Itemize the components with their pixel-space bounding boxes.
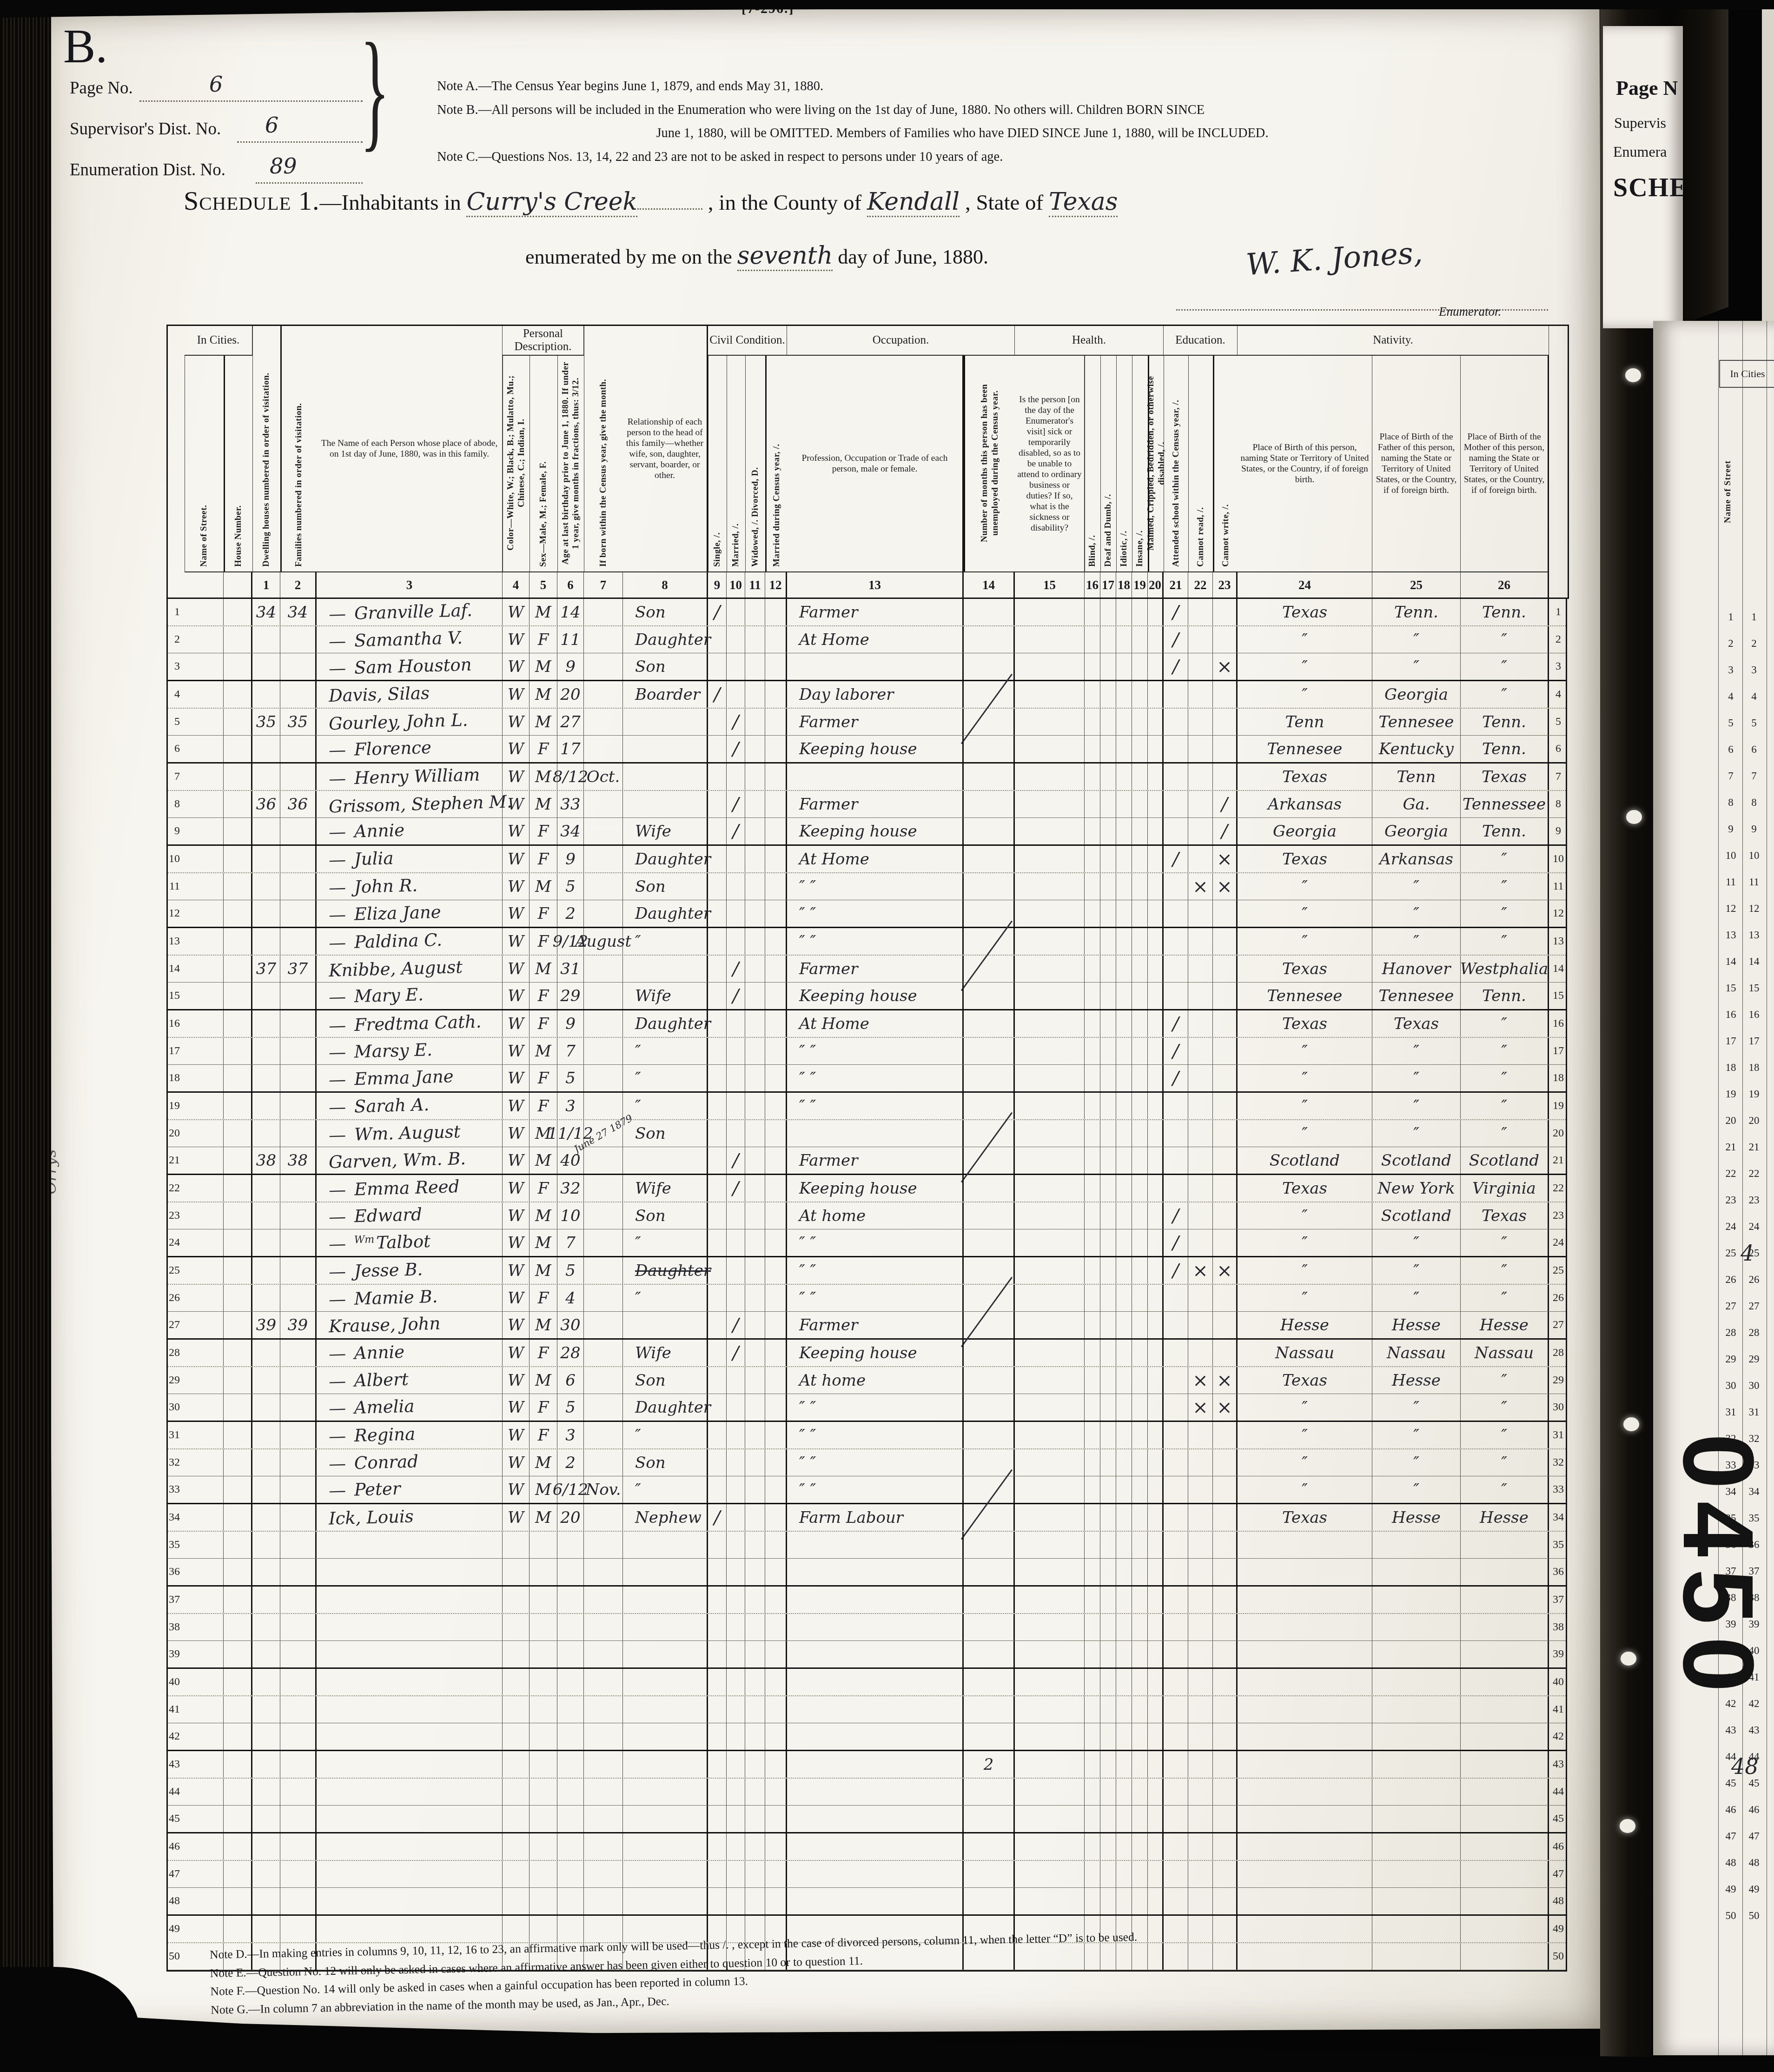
cell-rn2: 18 — [1549, 1065, 1568, 1091]
cell-occ: ″ ″ — [787, 1093, 964, 1119]
cell-e22 — [1188, 1532, 1213, 1558]
cell-h19 — [1132, 1175, 1148, 1202]
cell-s12 — [765, 928, 787, 955]
cell-rn: 22 — [168, 1175, 185, 1202]
cell-rn: 33 — [168, 1476, 185, 1503]
cell-sex: F — [530, 983, 557, 1009]
table-body: 13434—Granville Laf.WM14Son/Farmer/Texas… — [166, 599, 1567, 1972]
cell-s9 — [708, 1696, 727, 1723]
cell-d1 — [252, 1202, 280, 1229]
cell-h18 — [1116, 1806, 1132, 1832]
cell-h19 — [1132, 1723, 1148, 1750]
cell-s10 — [727, 846, 745, 872]
next-page-row: 2020 — [1653, 1107, 1774, 1134]
cell-e21 — [1164, 1422, 1188, 1448]
table-row: 22—Emma ReedWF32Wife/Keeping houseTexasN… — [168, 1175, 1566, 1202]
cell-b26 — [1461, 1861, 1549, 1887]
cell-born — [584, 1532, 623, 1558]
cell-b26: Tenn. — [1461, 736, 1549, 762]
cell-street — [185, 900, 224, 927]
cell-street — [185, 1120, 224, 1147]
cell-rel: ″ — [623, 1093, 708, 1119]
table-row: 25—Jesse B.WM5Daughter″ ″/××″″″25 — [168, 1257, 1566, 1285]
column-number-b26: 26 — [1461, 571, 1549, 598]
cell-name — [317, 1641, 503, 1667]
cell-born — [584, 1202, 623, 1229]
cell-born — [584, 653, 623, 680]
cell-born — [584, 1394, 623, 1421]
cell-s9 — [708, 791, 727, 817]
cell-h19 — [1132, 1065, 1148, 1091]
cell-d2 — [280, 1669, 317, 1695]
cell-s10: / — [727, 736, 745, 762]
cell-street — [185, 1614, 224, 1640]
cell-b24: Texas — [1238, 1367, 1372, 1394]
cell-rn2: 20 — [1549, 1120, 1568, 1147]
cell-h16 — [1085, 1751, 1100, 1778]
cell-sex: F — [530, 1394, 557, 1421]
cell-rn2: 34 — [1549, 1504, 1568, 1531]
cell-d2 — [280, 1257, 317, 1284]
enumerated-prefix: enumerated by me on the — [525, 246, 732, 268]
cell-rel — [623, 1147, 708, 1174]
cell-rel: Son — [623, 653, 708, 680]
cell-e23: × — [1213, 1367, 1238, 1394]
cell-h18 — [1116, 1340, 1132, 1366]
cell-unemp — [964, 1257, 1015, 1284]
cell-d1 — [252, 1669, 280, 1695]
cell-e22 — [1188, 1696, 1213, 1723]
cell-b26: ″ — [1461, 1120, 1549, 1147]
cell-age: 33 — [557, 791, 584, 817]
cell-s9 — [708, 1449, 727, 1476]
cell-born — [584, 791, 623, 817]
cell-sex: F — [530, 818, 557, 844]
cell-h18 — [1116, 928, 1132, 955]
cell-h16 — [1085, 1614, 1100, 1640]
cell-rn: 29 — [168, 1367, 185, 1394]
cell-sex: M — [530, 1367, 557, 1394]
cell-s9 — [708, 1532, 727, 1558]
cell-rel: ″ — [623, 1285, 708, 1311]
cell-rn: 41 — [168, 1696, 185, 1723]
cell-h18 — [1116, 1861, 1132, 1887]
column-header-house: House Number. — [224, 356, 252, 571]
supervisor-label: Supervisor's Dist. No. — [70, 120, 221, 139]
cell-rn: 12 — [168, 900, 185, 927]
cell-house — [224, 1120, 252, 1147]
cell-s9 — [708, 626, 727, 653]
cell-born — [584, 818, 623, 844]
table-row: 4242 — [168, 1723, 1566, 1751]
cell-h20 — [1148, 1806, 1164, 1832]
table-row: 18—Emma JaneWF5″″ ″/″″″18 — [168, 1065, 1566, 1093]
cell-house — [224, 1833, 252, 1860]
cell-e23: × — [1213, 653, 1238, 680]
cell-street — [185, 1038, 224, 1064]
cell-rel: Wife — [623, 983, 708, 1009]
cell-h20 — [1148, 626, 1164, 653]
cell-b25: Hesse — [1372, 1312, 1461, 1338]
cell-rn2: 49 — [1549, 1916, 1568, 1942]
cell-occ — [787, 1751, 964, 1778]
cell-born — [584, 681, 623, 708]
cell-unemp — [964, 1093, 1015, 1119]
cell-s10 — [727, 1559, 745, 1585]
cell-b25: Kentucky — [1372, 736, 1461, 762]
cell-house — [224, 599, 252, 625]
cell-d2 — [280, 1504, 317, 1531]
cell-b25: Texas — [1372, 1010, 1461, 1037]
cell-occ: ″ ″ — [787, 1285, 964, 1311]
table-row: 4545 — [168, 1806, 1566, 1833]
column-header-b26: Place of Birth of the Mother of this per… — [1461, 356, 1549, 571]
table-row: 2—Samantha V.WF11DaughterAt Home/″″″2 — [168, 626, 1566, 653]
cell-b26 — [1461, 1559, 1549, 1585]
cell-sex — [530, 1723, 557, 1750]
cell-street — [185, 1422, 224, 1448]
cell-s9 — [708, 1861, 727, 1887]
cell-h19 — [1132, 1696, 1148, 1723]
cell-col: W — [503, 764, 530, 790]
cell-rn2: 24 — [1549, 1229, 1568, 1256]
cell-age: 6/12 — [557, 1476, 584, 1503]
page-stamp-number: 0450 — [1661, 1406, 1774, 1732]
cell-sick — [1015, 1065, 1085, 1091]
column-header-unemp: Number of months this person has been un… — [964, 356, 1015, 571]
cell-h19 — [1132, 1202, 1148, 1229]
cell-h18 — [1116, 1147, 1132, 1174]
cell-b25: Scotland — [1372, 1147, 1461, 1174]
cell-s11 — [745, 1806, 765, 1832]
cell-b24 — [1238, 1888, 1372, 1914]
cell-s12 — [765, 1229, 787, 1256]
cell-street — [185, 599, 224, 625]
cell-e21 — [1164, 1723, 1188, 1750]
cell-b25: ″ — [1372, 1476, 1461, 1503]
cell-h16 — [1085, 1038, 1100, 1064]
cell-s10 — [727, 681, 745, 708]
cell-d1 — [252, 681, 280, 708]
cell-house — [224, 873, 252, 900]
cell-rn: 48 — [168, 1888, 185, 1914]
cell-age: 2 — [557, 1449, 584, 1476]
cell-occ: Farmer — [787, 599, 964, 625]
cell-h16 — [1085, 1147, 1100, 1174]
cell-col: W — [503, 681, 530, 708]
cell-d1 — [252, 1476, 280, 1503]
cell-name: —Albert — [317, 1367, 503, 1394]
cell-occ: At Home — [787, 1010, 964, 1037]
cell-h19 — [1132, 1340, 1148, 1366]
cell-h16 — [1085, 681, 1100, 708]
cell-sick — [1015, 1696, 1085, 1723]
cell-h19 — [1132, 1120, 1148, 1147]
column-number-sex: 5 — [530, 571, 557, 598]
cell-born: June 27 1879 — [584, 1120, 623, 1147]
cell-b25: ″ — [1372, 1257, 1461, 1284]
cell-s9 — [708, 818, 727, 844]
cell-h19 — [1132, 983, 1148, 1009]
next-page-label: Page N — [1616, 76, 1678, 100]
cell-h20 — [1148, 846, 1164, 872]
cell-col: W — [503, 1476, 530, 1503]
cell-s10 — [727, 1065, 745, 1091]
cell-sex: M — [530, 956, 557, 982]
cell-h16 — [1085, 928, 1100, 955]
cell-e22 — [1188, 1449, 1213, 1476]
note-c: Note C.—Questions Nos. 13, 14, 22 and 23… — [437, 151, 1488, 164]
table-row: 31—ReginaWF3″″ ″″″″31 — [168, 1422, 1566, 1449]
cell-rn: 24 — [168, 1229, 185, 1256]
cell-rel: Nephew — [623, 1504, 708, 1531]
cell-h18 — [1116, 846, 1132, 872]
cell-e23 — [1213, 956, 1238, 982]
cell-sick — [1015, 1257, 1085, 1284]
column-number-occ: 13 — [787, 571, 964, 598]
cell-unemp — [964, 1641, 1015, 1667]
cell-sex: M — [530, 791, 557, 817]
cell-house — [224, 736, 252, 762]
cell-name — [317, 1532, 503, 1558]
cell-sex: M — [530, 1229, 557, 1256]
cell-h18 — [1116, 1779, 1132, 1805]
cell-name: Knibbe, August — [317, 956, 503, 982]
cell-e22 — [1188, 1723, 1213, 1750]
column-number-s11: 11 — [745, 571, 765, 598]
cell-s12 — [765, 653, 787, 680]
cell-b24: Texas — [1238, 1175, 1372, 1202]
cell-rn: 32 — [168, 1449, 185, 1476]
cell-born — [584, 1779, 623, 1805]
cell-sick — [1015, 983, 1085, 1009]
cell-name: —Sam Houston — [317, 653, 503, 680]
cell-s10 — [727, 1476, 745, 1503]
cell-s10 — [727, 1888, 745, 1914]
cell-s10 — [727, 1504, 745, 1531]
cell-house — [224, 1559, 252, 1585]
cell-col: W — [503, 956, 530, 982]
cell-age — [557, 1641, 584, 1667]
cell-h20 — [1148, 1861, 1164, 1887]
cell-d2 — [280, 1175, 317, 1202]
cell-rn2: 31 — [1549, 1422, 1568, 1448]
cell-h20 — [1148, 791, 1164, 817]
cell-b24 — [1238, 1861, 1372, 1887]
cell-name: —Sarah A. — [317, 1093, 503, 1119]
cell-rel — [623, 1751, 708, 1778]
cell-sex — [530, 1587, 557, 1613]
cell-h19 — [1132, 928, 1148, 955]
cell-rn: 26 — [168, 1285, 185, 1311]
cell-e21 — [1164, 1861, 1188, 1887]
cell-rel: Son — [623, 1202, 708, 1229]
cell-e22 — [1188, 846, 1213, 872]
next-page-row: 55 — [1653, 710, 1774, 736]
column-header-born: If born within the Census year, give the… — [584, 326, 623, 571]
enumerated-suffix: day of June, 1880. — [838, 246, 988, 268]
table-row: 19—Sarah A.WF3″″ ″″″″19 — [168, 1093, 1566, 1120]
cell-e21: / — [1164, 1010, 1188, 1037]
cell-e22: × — [1188, 1367, 1213, 1394]
cell-rel — [623, 736, 708, 762]
cell-h19 — [1132, 681, 1148, 708]
cell-h19 — [1132, 1532, 1148, 1558]
cell-s11 — [745, 1065, 765, 1091]
next-page-row: 4646 — [1653, 1796, 1774, 1823]
cell-d2 — [280, 1202, 317, 1229]
cell-e23: × — [1213, 1257, 1238, 1284]
cell-sex: M — [530, 1449, 557, 1476]
cell-unemp — [964, 1806, 1015, 1832]
cell-e21: / — [1164, 599, 1188, 625]
column-header-h18: Idiotic, /. — [1116, 356, 1132, 571]
cell-b26: ″ — [1461, 1038, 1549, 1064]
cell-unemp — [964, 1614, 1015, 1640]
cell-b24: Tennesee — [1238, 983, 1372, 1009]
cell-h17 — [1100, 1394, 1116, 1421]
cell-house — [224, 1476, 252, 1503]
cell-house — [224, 1285, 252, 1311]
cell-name — [317, 1614, 503, 1640]
cell-sex: M — [530, 1038, 557, 1064]
cell-sex: F — [530, 1340, 557, 1366]
column-number-rel: 8 — [623, 571, 708, 598]
next-page-row: 1515 — [1653, 975, 1774, 1001]
cell-b24: ″ — [1238, 1120, 1372, 1147]
cell-e22 — [1188, 1861, 1213, 1887]
cell-sick — [1015, 1504, 1085, 1531]
table-row: 33—PeterWM6/12Nov.″″ ″″″″33 — [168, 1476, 1566, 1504]
cell-h18 — [1116, 1723, 1132, 1750]
cell-name: —Jesse B. — [317, 1257, 503, 1284]
cell-born — [584, 1559, 623, 1585]
cell-rn2: 29 — [1549, 1367, 1568, 1394]
cell-occ: Farmer — [787, 1312, 964, 1338]
cell-e23 — [1213, 1587, 1238, 1613]
cell-rn2: 44 — [1549, 1779, 1568, 1805]
cell-col: W — [503, 1312, 530, 1338]
cell-s10 — [727, 1257, 745, 1284]
cell-rn: 37 — [168, 1587, 185, 1613]
column-number-house — [224, 571, 252, 598]
cell-col — [503, 1532, 530, 1558]
cell-b26 — [1461, 1669, 1549, 1695]
cell-b25 — [1372, 1861, 1461, 1887]
table-row: 3737 — [168, 1587, 1566, 1614]
cell-sick — [1015, 599, 1085, 625]
cell-d1 — [252, 1010, 280, 1037]
cell-sick — [1015, 1229, 1085, 1256]
cell-b25: Nassau — [1372, 1340, 1461, 1366]
cell-rn: 4 — [168, 681, 185, 708]
cell-occ — [787, 1806, 964, 1832]
cell-house — [224, 1312, 252, 1338]
cell-h20 — [1148, 1202, 1164, 1229]
next-page-row: 3030 — [1653, 1372, 1774, 1399]
column-header-d2: Families numbered in order of visitation… — [280, 326, 317, 571]
cell-sick — [1015, 1723, 1085, 1750]
cell-b25: ″ — [1372, 1038, 1461, 1064]
cell-s11 — [745, 1340, 765, 1366]
cell-b25: ″ — [1372, 653, 1461, 680]
cell-s12 — [765, 1147, 787, 1174]
cell-e21 — [1164, 1175, 1188, 1202]
cell-b25 — [1372, 1779, 1461, 1805]
cell-occ: ″ ″ — [787, 1038, 964, 1064]
cell-e23: × — [1213, 873, 1238, 900]
cell-unemp — [964, 1367, 1015, 1394]
table-row: 30—AmeliaWF5Daughter″ ″××″″″30 — [168, 1394, 1566, 1422]
cell-col — [503, 1861, 530, 1887]
cell-house — [224, 1065, 252, 1091]
cell-e23 — [1213, 1312, 1238, 1338]
cell-name: Ick, Louis — [317, 1504, 503, 1531]
cell-house — [224, 764, 252, 790]
cell-h19 — [1132, 626, 1148, 653]
cell-b26: Tenn. — [1461, 599, 1549, 625]
cell-d2 — [280, 928, 317, 955]
cell-street — [185, 1476, 224, 1503]
cell-s9 — [708, 956, 727, 982]
cell-occ: Keeping house — [787, 818, 964, 844]
cell-e23 — [1213, 1175, 1238, 1202]
cell-d2 — [280, 1641, 317, 1667]
cell-street — [185, 1147, 224, 1174]
cell-b26 — [1461, 1779, 1549, 1805]
supervisor-line: Supervisor's Dist. No. 6 — [70, 119, 377, 160]
cell-house — [224, 1779, 252, 1805]
cell-rn: 49 — [168, 1916, 185, 1942]
next-page-fragment: In Cities Name of Street 112233445566778… — [1653, 321, 1774, 2055]
cell-occ: Farm Labour — [787, 1504, 964, 1531]
cell-h19 — [1132, 1806, 1148, 1832]
cell-s10 — [727, 1449, 745, 1476]
cell-d2 — [280, 1696, 317, 1723]
cell-d2 — [280, 1916, 317, 1942]
cell-e21 — [1164, 1312, 1188, 1338]
cell-s11 — [745, 1696, 765, 1723]
cell-e23 — [1213, 764, 1238, 790]
cell-b25: Ga. — [1372, 791, 1461, 817]
cell-house — [224, 900, 252, 927]
cell-s11 — [745, 681, 765, 708]
cell-s12 — [765, 900, 787, 927]
cell-b26: Scotland — [1461, 1147, 1549, 1174]
cell-rn: 7 — [168, 764, 185, 790]
cell-rn2: 30 — [1549, 1394, 1568, 1421]
cell-s12 — [765, 1669, 787, 1695]
cell-rn2: 27 — [1549, 1312, 1568, 1338]
cell-unemp — [964, 791, 1015, 817]
cell-h19 — [1132, 1422, 1148, 1448]
cell-b24: ″ — [1238, 1449, 1372, 1476]
cell-d1: 38 — [252, 1147, 280, 1174]
cell-sick — [1015, 846, 1085, 872]
cell-b24 — [1238, 1806, 1372, 1832]
cell-s10: / — [727, 1340, 745, 1366]
next-page-row: 1919 — [1653, 1081, 1774, 1107]
cell-occ: At Home — [787, 626, 964, 653]
cell-h18 — [1116, 1751, 1132, 1778]
cell-name: —Emma Reed — [317, 1175, 503, 1202]
cell-rel — [623, 1669, 708, 1695]
cell-h17 — [1100, 1010, 1116, 1037]
cell-e21 — [1164, 791, 1188, 817]
cell-b25: Hesse — [1372, 1367, 1461, 1394]
cell-rel — [623, 1559, 708, 1585]
cell-rn2: 46 — [1549, 1833, 1568, 1860]
